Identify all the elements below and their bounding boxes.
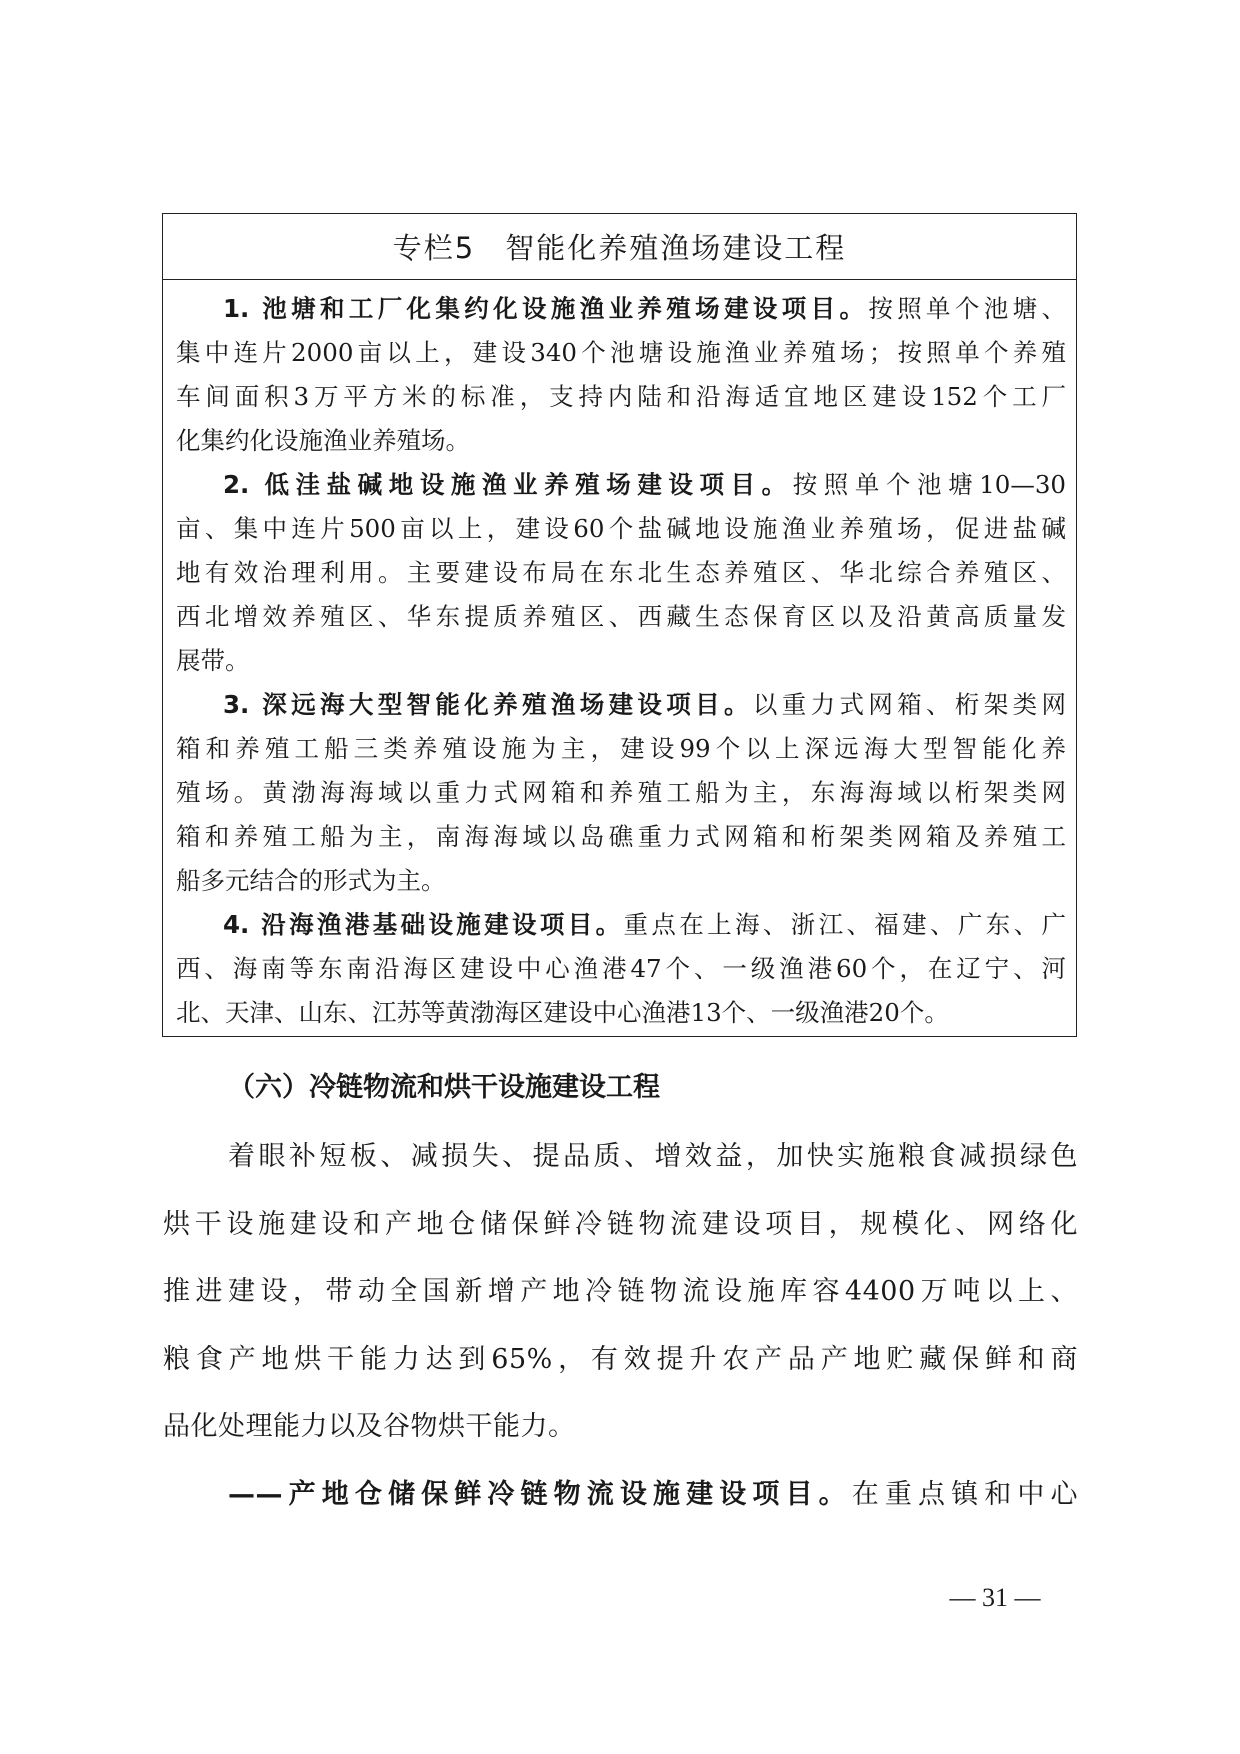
item-1-line-1: 1. 池塘和工厂化集约化设施渔业养殖场建设项目。按照单个池塘、 — [223, 287, 1066, 331]
item-4-line-3: 北、天津、山东、江苏等黄渤海区建设中心渔港13个、一级渔港20个。 — [176, 991, 1066, 1035]
item-3-line-1: 3. 深远海大型智能化养殖渔场建设项目。以重力式网箱、桁架类网 — [223, 683, 1066, 727]
subitem-line: ——产地仓储保鲜冷链物流设施建设项目。在重点镇和中心 — [228, 1465, 1078, 1525]
item-1-line-2: 集中连片2000亩以上，建设340个池塘设施渔业养殖场；按照单个养殖 — [176, 331, 1066, 375]
item-2-line-3: 地有效治理利用。主要建设布局在东北生态养殖区、华北综合养殖区、 — [176, 551, 1066, 595]
para-line-3: 推进建设，带动全国新增产地冷链物流设施库容4400万吨以上、 — [163, 1262, 1078, 1322]
section-heading: （六）冷链物流和烘干设施建设工程 — [228, 1060, 660, 1116]
item-4-line-2: 西、海南等东南沿海区建设中心渔港47个、一级渔港60个，在辽宁、河 — [176, 947, 1066, 991]
item-1-label: 1. 池塘和工厂化集约化设施渔业养殖场建设项目。 — [223, 294, 868, 323]
item-3-line-3: 殖场。黄渤海海域以重力式网箱和养殖工船为主，东海海域以桁架类网 — [176, 771, 1066, 815]
para-line-2: 烘干设施建设和产地仓储保鲜冷链物流建设项目，规模化、网络化 — [163, 1195, 1078, 1255]
item-4-label: 4. 沿海渔港基础设施建设项目。 — [223, 910, 624, 939]
item-3-line-5: 船多元结合的形式为主。 — [176, 859, 1066, 903]
column-box: 专栏5 智能化养殖渔场建设工程 1. 池塘和工厂化集约化设施渔业养殖场建设项目。… — [162, 213, 1077, 1037]
item-3-line-2: 箱和养殖工船三类养殖设施为主，建设99个以上深远海大型智能化养 — [176, 727, 1066, 771]
para-line-4: 粮食产地烘干能力达到65%，有效提升农产品产地贮藏保鲜和商 — [163, 1330, 1078, 1390]
column-box-header: 专栏5 智能化养殖渔场建设工程 — [163, 214, 1076, 280]
item-4-line-1: 4. 沿海渔港基础设施建设项目。重点在上海、浙江、福建、广东、广 — [223, 903, 1066, 947]
item-2-line-5: 展带。 — [176, 639, 1066, 683]
item-2-label: 2. 低洼盐碱地设施渔业养殖场建设项目。 — [223, 470, 793, 499]
item-2-line-4: 西北增效养殖区、华东提质养殖区、西藏生态保育区以及沿黄高质量发 — [176, 595, 1066, 639]
item-2-line-2: 亩、集中连片500亩以上，建设60个盐碱地设施渔业养殖场，促进盐碱 — [176, 507, 1066, 551]
item-1-line-3: 车间面积3万平方米的标准，支持内陆和沿海适宜地区建设152个工厂 — [176, 375, 1066, 419]
para-line-5: 品化处理能力以及谷物烘干能力。 — [163, 1397, 1078, 1457]
item-2-line-1: 2. 低洼盐碱地设施渔业养殖场建设项目。按照单个池塘10—30 — [223, 463, 1066, 507]
page-number: — 31 — — [935, 1580, 1055, 1616]
column-number: 专栏5 — [393, 226, 475, 267]
item-3-line-4: 箱和养殖工船为主，南海海域以岛礁重力式网箱和桁架类网箱及养殖工 — [176, 815, 1066, 859]
item-3-label: 3. 深远海大型智能化养殖渔场建设项目。 — [223, 690, 753, 719]
column-title: 智能化养殖渔场建设工程 — [505, 226, 846, 267]
item-1-line-4: 化集约化设施渔业养殖场。 — [176, 419, 1066, 463]
subitem-text: 在重点镇和中心 — [852, 1479, 1078, 1510]
subitem-label: ——产地仓储保鲜冷链物流设施建设项目。 — [228, 1479, 852, 1510]
para-line-1: 着眼补短板、减损失、提品质、增效益，加快实施粮食减损绿色 — [228, 1127, 1078, 1187]
